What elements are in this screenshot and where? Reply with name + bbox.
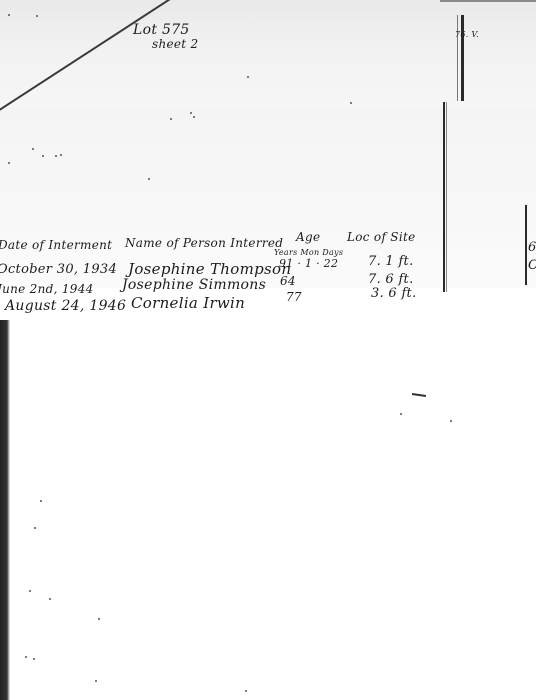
interment-date: August 24, 1946 [5, 298, 126, 314]
ruled-line [525, 205, 527, 285]
site-location: 7. 1 ft. [368, 254, 414, 269]
right-fragment-letter: 6 [528, 240, 536, 255]
sheet-label: sheet 2 [152, 37, 198, 51]
right-fragment-letter: O [528, 258, 536, 273]
scan-bottom-section [0, 288, 536, 700]
lot-label: Lot 575 [133, 22, 190, 38]
person-age: 77 [286, 290, 302, 304]
person-name: Cornelia Irwin [131, 294, 245, 312]
column-header-name: Name of Person Interred [125, 236, 283, 250]
ruled-line [446, 102, 447, 292]
column-header-date: Date of Interment [0, 238, 112, 252]
column-header-site: Loc of Site [347, 230, 416, 244]
column-subheader-age-units: Years Mon Days [274, 248, 343, 257]
scan-left-shadow [0, 320, 10, 700]
ruled-line [443, 102, 445, 292]
corner-note: 76. V. [455, 30, 479, 39]
scan-top-section [0, 0, 536, 108]
person-age: 64 [280, 274, 296, 288]
top-edge-strip [440, 0, 536, 2]
interment-date: June 2nd, 1944 [0, 282, 94, 296]
column-header-age: Age [296, 230, 320, 244]
site-location: 3. 6 ft. [371, 286, 417, 301]
ruled-line [461, 15, 464, 101]
person-name: Josephine Thompson [128, 260, 291, 278]
ruled-line [457, 15, 458, 101]
interment-date: October 30, 1934 [0, 262, 117, 277]
person-age: 91 · 1 · 22 [279, 257, 338, 270]
person-name: Josephine Simmons [122, 277, 266, 293]
site-location: 7. 6 ft. [368, 272, 414, 287]
